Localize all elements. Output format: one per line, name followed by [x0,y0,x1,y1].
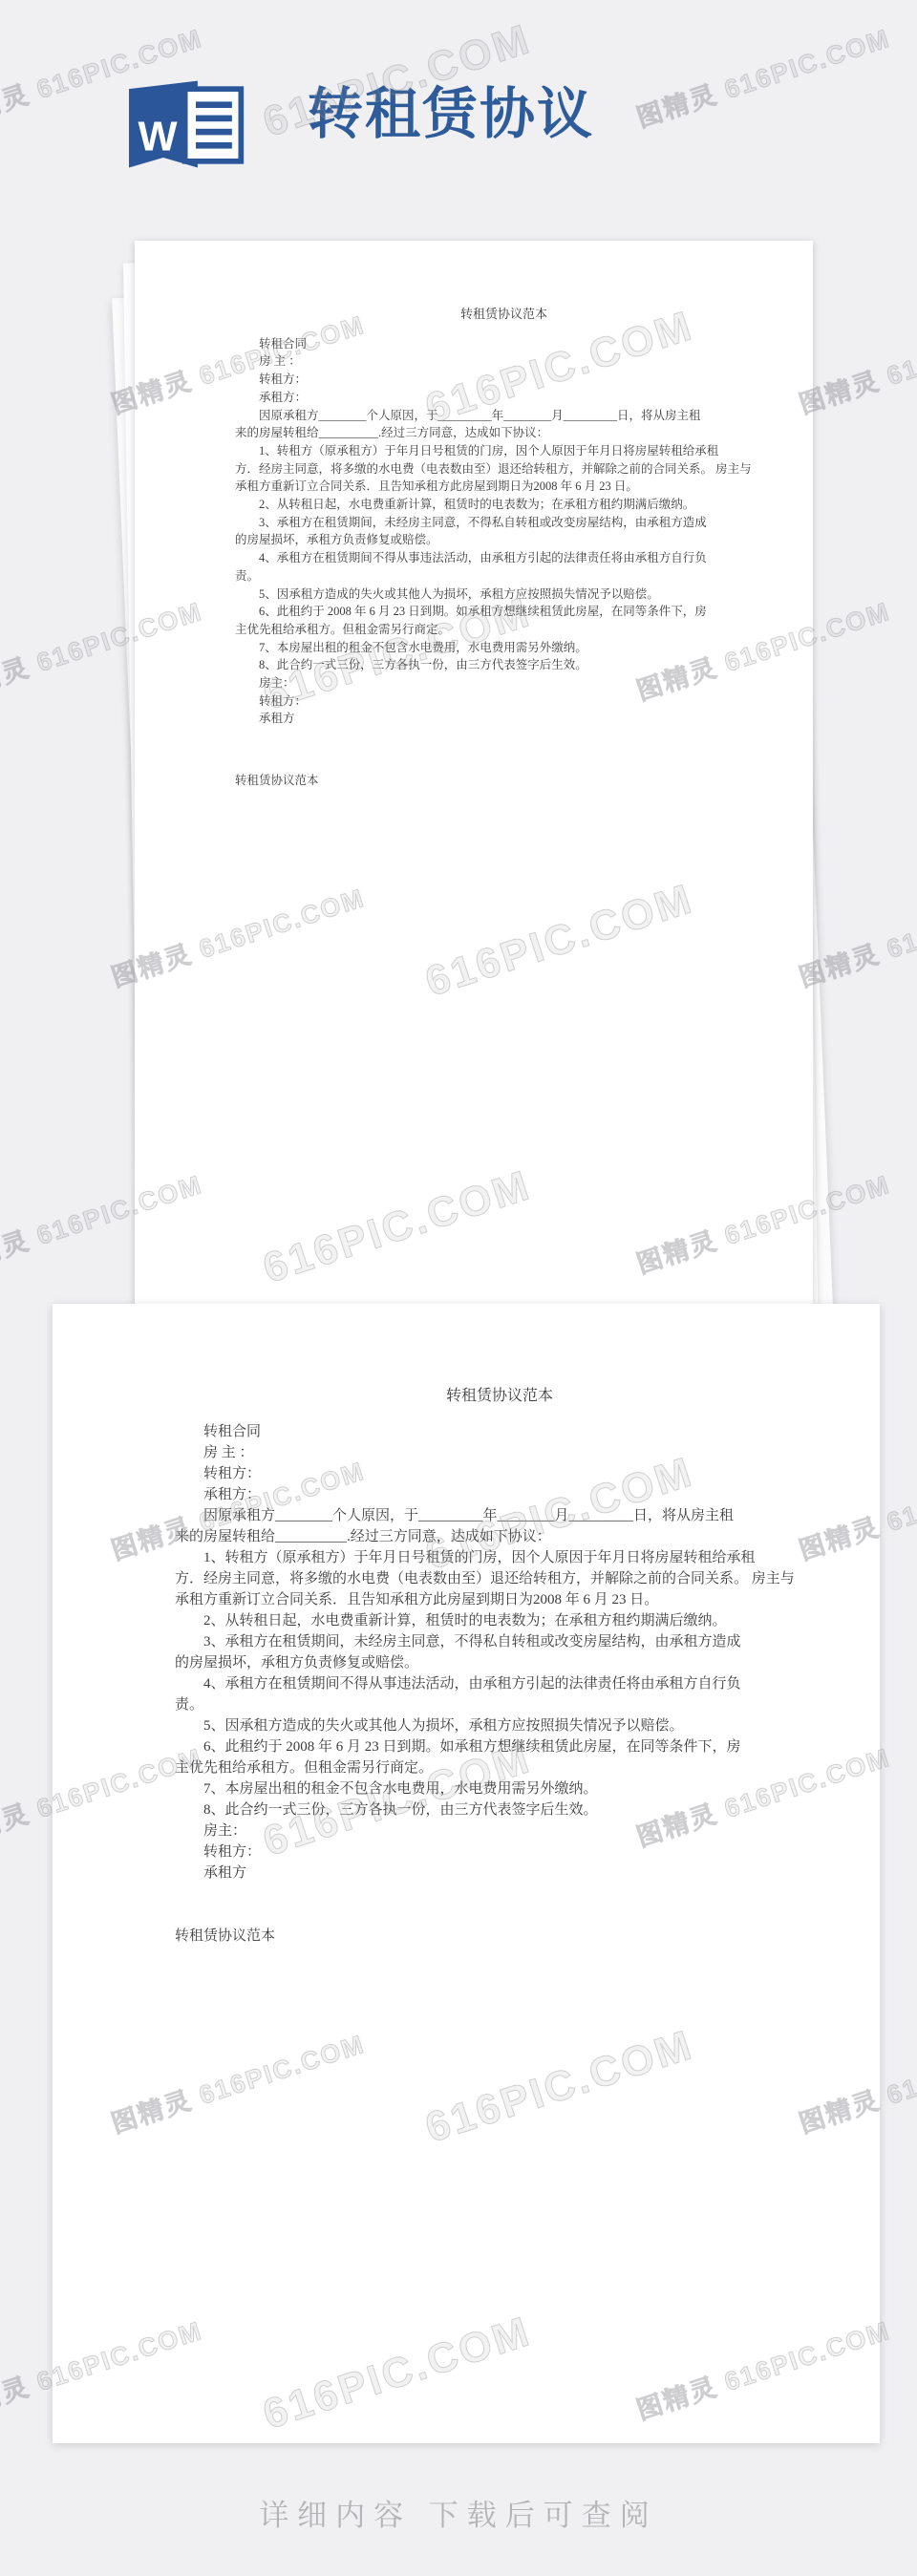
document-line: 房主： [235,674,773,692]
document-line: 责。 [235,567,773,585]
document-line: 承租方 [235,710,773,728]
page-title: 转租赁协议 [308,84,594,145]
document-line: 的房屋损坏，承租方负责修复或赔偿。 [175,1652,824,1673]
document-line: 8、此合约一式三份，三方各执一份，由三方代表签字后生效。 [235,656,773,674]
document-line: 5、因承租方造成的失火或其他人为损坏，承租方应按照损失情况予以赔偿。 [235,585,773,604]
contract-page-1: 转租赁协议范本 转租合同房 主 ：转租方：承租方：因原承租方________个人… [135,241,813,790]
document-line: 转租方： [175,1463,824,1484]
document-line: 责。 [175,1694,824,1715]
document-line: 因原承租方________个人原因，于_________年________月__… [235,407,773,425]
document-line: 承租方 [175,1863,824,1884]
document-line: 转租合同 [235,335,773,353]
document-line: 7、本房屋出租的租金不包含水电费用，水电费用需另外缴纳。 [235,639,773,657]
page-canvas: W 转租赁协议 转租赁协议范本 转租合同房 主 ：转租方：承租方：因原承租方__… [0,0,917,2576]
document-title: 转租赁协议范本 [235,306,773,324]
document-line: 方．经房主同意，将多缴的水电费（电表数由至）退还给转租方，并解除之前的合同关系。… [235,460,773,479]
document-line: 转租合同 [175,1421,824,1442]
document-line: 6、此租约于 2008 年 6 月 23 日到期。如承租方想继续租赁此房屋，在同… [235,603,773,621]
document-footer: 转租赁协议范本 [175,1926,824,1947]
document-line: 承租方： [235,389,773,407]
document-line: 3、承租方在租赁期间，未经房主同意，不得私自转租或改变房屋结构，由承租方造成 [235,514,773,532]
document-line: 转租方： [235,371,773,389]
document-line: 主优先租给承租方。但租金需另行商定。 [235,621,773,639]
document-preview-page[interactable]: 转租赁协议范本 转租合同房 主 ：转租方：承租方：因原承租方________个人… [53,1304,880,2443]
document-line: 4、承租方在租赁期间不得从事违法活动，由承租方引起的法律责任将由承租方自行负 [235,549,773,567]
preview-caption: 详细内容 下载后可查阅 [0,2491,917,2534]
document-line: 的房屋损坏，承租方负责修复或赔偿。 [235,531,773,549]
header: W 转租赁协议 [0,0,917,172]
document-body: 转租合同房 主 ：转租方：承租方：因原承租方________个人原因，于____… [175,1421,824,1884]
document-line: 8、此合约一式三份，三方各执一份，由三方代表签字后生效。 [175,1799,824,1820]
document-line: 转租方： [175,1842,824,1863]
document-line: 7、本房屋出租的租金不包含水电费用，水电费用需另外缴纳。 [175,1778,824,1799]
document-line: 5、因承租方造成的失火或其他人为损坏，承租方应按照损失情况予以赔偿。 [175,1715,824,1736]
contract-page-2: 转租赁协议范本 转租合同房 主 ：转租方：承租方：因原承租方________个人… [53,1304,880,1947]
document-title: 转租赁协议范本 [175,1386,824,1407]
document-footer: 转租赁协议范本 [235,772,773,790]
document-line: 房主： [175,1820,824,1842]
document-line: 房 主 ： [175,1442,824,1463]
paper-sheet-front: 转租赁协议范本 转租合同房 主 ：转租方：承租方：因原承租方________个人… [135,241,813,1345]
document-line: 2、从转租日起，水电费重新计算，租赁时的电表数为；在承租方租约期满后缴纳。 [235,496,773,514]
document-line: 转租方： [235,692,773,711]
document-line: 方．经房主同意，将多缴的水电费（电表数由至）退还给转租方，并解除之前的合同关系。… [175,1568,824,1589]
document-preview-stack[interactable]: 转租赁协议范本 转租合同房 主 ：转租方：承租方：因原承租方________个人… [135,241,813,1345]
document-line: 2、从转租日起，水电费重新计算，租赁时的电表数为；在承租方租约期满后缴纳。 [175,1610,824,1631]
word-icon: W [129,79,246,171]
document-line: 因原承租方________个人原因，于_________年________月__… [175,1505,824,1526]
svg-text:W: W [138,114,178,160]
document-line: 来的房屋转租给__________.经过三方同意，达成如下协议： [235,424,773,442]
document-line: 承租方重新订立合同关系．且告知承租方此房屋到期日为2008 年 6 月 23 日… [175,1589,824,1610]
document-line: 承租方： [175,1484,824,1505]
document-line: 1、转租方（原承租方）于年月日号租赁的门房，因个人原因于年月日将房屋转租给承租 [175,1547,824,1568]
document-body: 转租合同房 主 ：转租方：承租方：因原承租方________个人原因，于____… [235,335,773,728]
document-line: 主优先租给承租方。但租金需另行商定。 [175,1757,824,1778]
document-line: 6、此租约于 2008 年 6 月 23 日到期。如承租方想继续租赁此房屋，在同… [175,1736,824,1757]
document-line: 3、承租方在租赁期间，未经房主同意，不得私自转租或改变房屋结构，由承租方造成 [175,1631,824,1652]
document-line: 承租方重新订立合同关系．且告知承租方此房屋到期日为2008 年 6 月 23 日… [235,478,773,496]
document-line: 来的房屋转租给__________.经过三方同意，达成如下协议： [175,1526,824,1547]
document-line: 4、承租方在租赁期间不得从事违法活动，由承租方引起的法律责任将由承租方自行负 [175,1673,824,1694]
document-line: 房 主 ： [235,352,773,371]
document-line: 1、转租方（原承租方）于年月日号租赁的门房，因个人原因于年月日将房屋转租给承租 [235,442,773,460]
